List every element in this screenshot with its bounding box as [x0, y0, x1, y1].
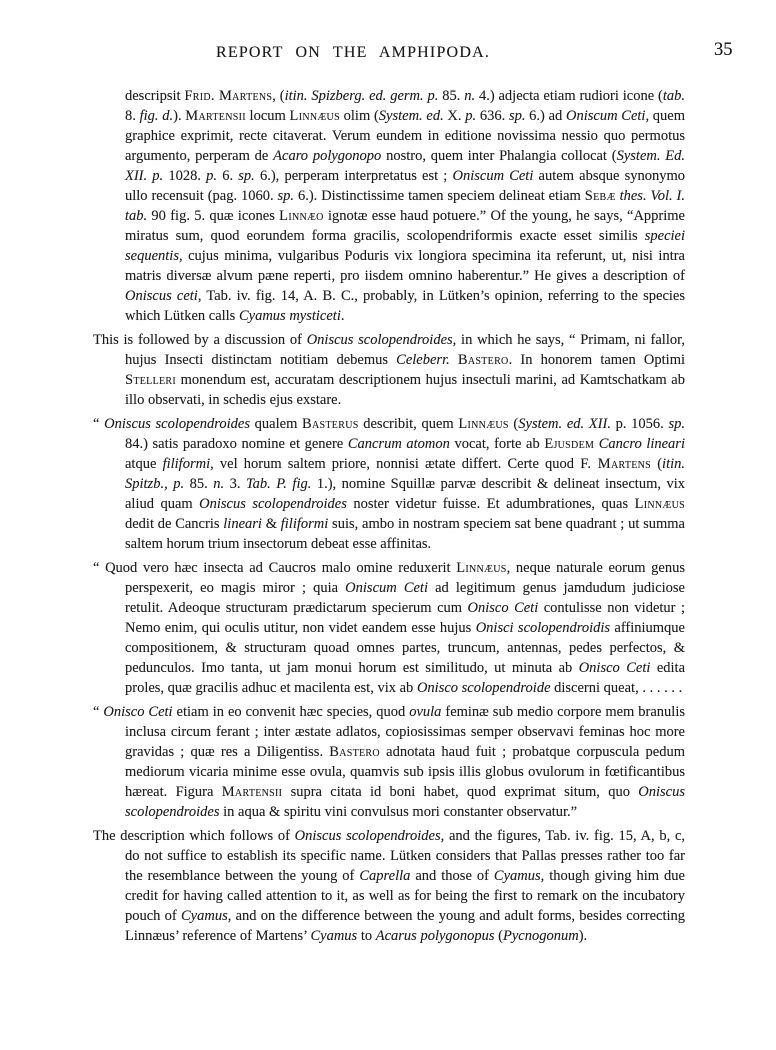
text-segment-plain: 90 fig. 5. quæ icones: [147, 208, 279, 224]
text-segment-plain: 6.: [217, 168, 238, 184]
text-segment-italic: Cyamus mysticeti: [239, 308, 341, 324]
text-segment-italic: lineari: [223, 516, 262, 532]
text-segment-italic: sp.: [509, 108, 526, 124]
text-segment-plain: descripsit: [125, 88, 184, 104]
text-segment-plain: .: [341, 308, 345, 324]
text-segment-plain: (: [651, 456, 662, 472]
text-segment-plain: vocat, forte ab: [450, 436, 544, 452]
text-segment-italic: Oniscum Ceti: [345, 580, 428, 596]
text-segment-plain: to: [357, 928, 376, 944]
text-segment-smallcaps: Stelleri: [125, 372, 176, 388]
text-segment-plain: nostro, quem inter Phalangia collocat (: [381, 148, 616, 164]
text-segment-plain: 3.: [224, 476, 246, 492]
text-segment-italic: Onisci scolopendroidis: [476, 620, 610, 636]
text-segment-plain: 84.) satis paradoxo nomine et genere: [125, 436, 348, 452]
text-segment-italic: Acaro polygonopo: [273, 148, 381, 164]
text-segment-smallcaps: F. Martens: [580, 456, 651, 472]
text-segment-plain: , Tab. iv. fig. 14, A. B. C., probably, …: [125, 288, 685, 324]
text-segment-italic: Oniscum Ceti: [566, 108, 645, 124]
text-segment-plain: 4.) adjecta etiam rudiori icone (: [475, 88, 663, 104]
text-segment-plain: etiam in eo convenit hæc species, quod: [173, 704, 410, 720]
text-segment-smallcaps: Ejusdem: [544, 436, 594, 452]
text-segment-plain: 8.: [125, 108, 140, 124]
text-segment-plain: olim (: [340, 108, 379, 124]
text-segment-italic: tab.: [663, 88, 685, 104]
page-body: descripsit Frid. Martens, (itin. Spizber…: [93, 86, 685, 950]
text-segment-plain: [450, 352, 458, 368]
paragraph: “ Oniscus scolopendroides qualem Basteru…: [93, 414, 685, 554]
text-segment-plain: 6.). Distinctissime tamen speciem deline…: [294, 188, 585, 204]
text-segment-italic: n.: [213, 476, 224, 492]
text-segment-smallcaps: Linnæus: [635, 496, 685, 512]
text-segment-smallcaps: Frid. Martens: [184, 88, 272, 104]
text-segment-italic: ovula: [409, 704, 441, 720]
text-segment-italic: System. ed.: [379, 108, 444, 124]
text-segment-plain: , vel horum saltem priore, nonnisi ætate…: [210, 456, 580, 472]
text-segment-italic: Cyamus: [181, 908, 228, 924]
text-segment-plain: 6.), perperam interpretatus est ;: [255, 168, 453, 184]
text-segment-italic: Celeberr.: [396, 352, 450, 368]
text-segment-italic: Cancrum atomon: [348, 436, 450, 452]
text-segment-italic: Onisco Ceti: [579, 660, 651, 676]
text-segment-plain: (: [509, 416, 519, 432]
text-segment-plain: monendum est, accuratam descriptionem hu…: [125, 372, 685, 408]
text-segment-plain: 636.: [476, 108, 509, 124]
text-segment-plain: atque: [125, 456, 163, 472]
text-segment-italic: Oniscus scolopendroides: [295, 828, 441, 844]
text-segment-plain: ).: [579, 928, 587, 944]
text-segment-italic: Cancro lineari: [599, 436, 685, 452]
text-segment-plain: . In honorem tamen Optimi: [509, 352, 685, 368]
text-segment-italic: Oniscus scolopendroides: [199, 496, 347, 512]
text-segment-italic: filiformi: [163, 456, 211, 472]
text-segment-italic: Tab. P. fig.: [246, 476, 311, 492]
text-segment-italic: sp.: [278, 188, 295, 204]
text-segment-italic: Cyamus: [310, 928, 357, 944]
text-segment-italic: filiformi: [281, 516, 329, 532]
text-segment-italic: Cyamus: [494, 868, 541, 884]
text-segment-italic: Oniscus ceti: [125, 288, 198, 304]
text-segment-plain: discerni queat, . . . . . .: [551, 680, 683, 696]
text-segment-smallcaps: Basterus: [302, 416, 359, 432]
text-segment-italic: n.: [464, 88, 475, 104]
paragraph: “ Quod vero hæc insecta ad Caucros malo …: [93, 558, 685, 698]
text-segment-plain: (: [495, 928, 503, 944]
document-page: REPORT ON THE AMPHIPODA. 35 descripsit F…: [0, 0, 776, 1050]
text-segment-plain: “: [93, 416, 104, 432]
text-segment-plain: The description which follows of: [93, 828, 295, 844]
text-segment-plain: 85.: [438, 88, 464, 104]
text-segment-smallcaps: Bastero: [329, 744, 380, 760]
text-segment-italic: Onisco Ceti: [468, 600, 539, 616]
text-segment-italic: Onisco Ceti: [103, 704, 172, 720]
text-segment-italic: sp.: [668, 416, 685, 432]
text-segment-plain: p. 1056.: [611, 416, 669, 432]
text-segment-smallcaps: Martensii: [185, 108, 246, 124]
text-segment-italic: Oniscum Ceti: [452, 168, 533, 184]
text-segment-plain: , (: [272, 88, 284, 104]
text-segment-plain: dedit de Cancris: [125, 516, 223, 532]
text-segment-plain: , cujus minima, vulgaribus Poduris vix l…: [125, 248, 685, 284]
text-segment-plain: ).: [173, 108, 185, 124]
text-segment-smallcaps: Linnæus: [290, 108, 340, 124]
text-segment-plain: locum: [246, 108, 290, 124]
text-segment-italic: Pycnogonum: [503, 928, 579, 944]
text-segment-plain: in aqua & spiritu vini convulsus mori co…: [220, 804, 578, 820]
paragraph: The description which follows of Oniscus…: [93, 826, 685, 946]
text-segment-italic: p.: [206, 168, 217, 184]
text-segment-plain: 1028.: [163, 168, 206, 184]
paragraph: This is followed by a discussion of Onis…: [93, 330, 685, 410]
text-segment-italic: Oniscus scolopendroides: [104, 416, 250, 432]
text-segment-italic: p.: [173, 476, 184, 492]
text-segment-smallcaps: Linnæo: [279, 208, 324, 224]
text-segment-italic: p.: [465, 108, 476, 124]
text-segment-plain: and those of: [410, 868, 494, 884]
text-segment-italic: Oniscus scolopendroides: [307, 332, 453, 348]
text-segment-plain: noster videtur fuisse. Et adumbrationes,…: [347, 496, 635, 512]
text-segment-plain: This is followed by a discussion of: [93, 332, 307, 348]
paragraph: descripsit Frid. Martens, (itin. Spizber…: [93, 86, 685, 326]
text-segment-italic: Onisco scolopendroide: [417, 680, 551, 696]
text-segment-italic: Acarus polygonopus: [376, 928, 495, 944]
text-segment-italic: System. ed. XII.: [518, 416, 611, 432]
text-segment-smallcaps: Linnæus: [456, 560, 506, 576]
paragraph: “ Onisco Ceti etiam in eo convenit hæc s…: [93, 702, 685, 822]
text-segment-plain: “: [93, 704, 103, 720]
text-segment-plain: 85.: [184, 476, 213, 492]
text-segment-italic: itin. Spizberg. ed. germ. p.: [285, 88, 439, 104]
text-segment-smallcaps: Martensii: [222, 784, 283, 800]
text-segment-plain: 6.) ad: [525, 108, 566, 124]
running-head-title: REPORT ON THE AMPHIPODA.: [0, 44, 706, 62]
text-segment-smallcaps: Bastero: [458, 352, 509, 368]
text-segment-plain: &: [262, 516, 281, 532]
text-segment-italic: fig. d.: [140, 108, 174, 124]
text-segment-smallcaps: Sebæ: [585, 188, 616, 204]
text-segment-italic: Caprella: [359, 868, 410, 884]
text-segment-plain: X.: [444, 108, 466, 124]
text-segment-italic: sp.: [238, 168, 255, 184]
text-segment-plain: describit, quem: [359, 416, 459, 432]
page-number: 35: [714, 40, 733, 61]
text-segment-smallcaps: Linnæus: [458, 416, 508, 432]
text-segment-plain: “ Quod vero hæc insecta ad Caucros malo …: [93, 560, 456, 576]
text-segment-plain: qualem: [250, 416, 302, 432]
text-segment-plain: supra citata id boni habet, quod exprima…: [282, 784, 638, 800]
